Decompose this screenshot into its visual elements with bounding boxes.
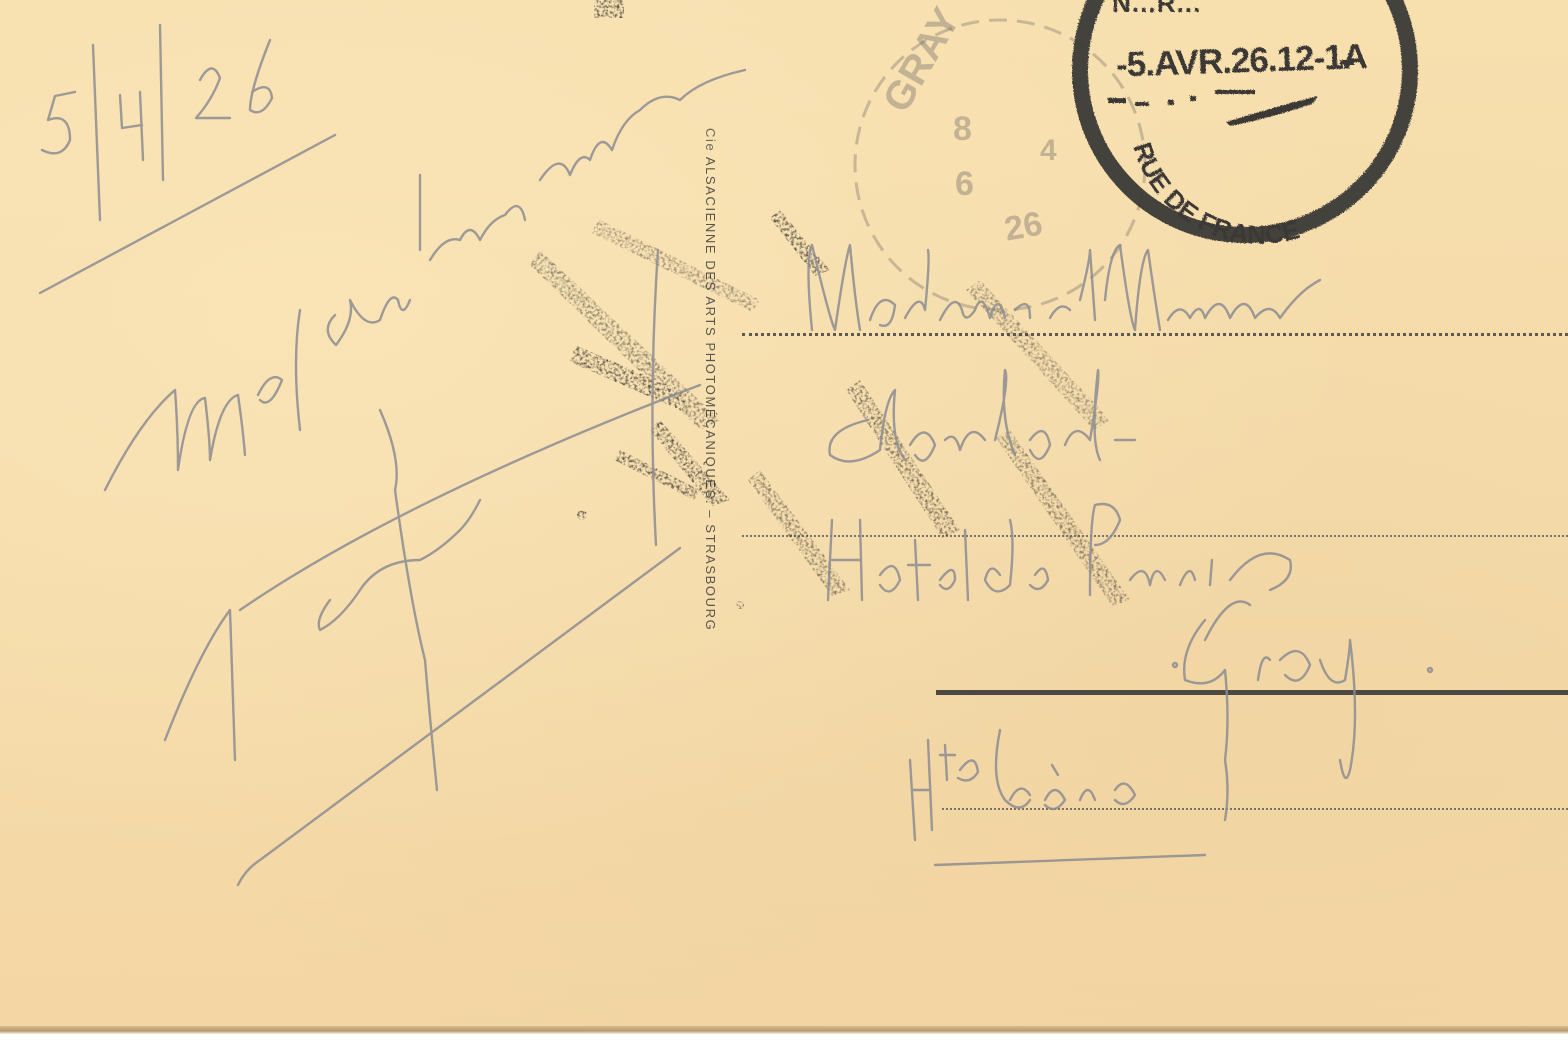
address-name: Cherflod- bbox=[830, 410, 906, 429]
postmark-top-text: N…R… bbox=[1112, 0, 1202, 18]
postmark-date: -5.AVR.26.12-1A bbox=[1115, 37, 1368, 85]
address-region: Hte Saône bbox=[910, 770, 995, 789]
postcard-markings: GRAY 8 4 6 26 -5.AVR.26.12-1A RUE DE FRA… bbox=[0, 0, 1568, 1040]
address-city: Gray bbox=[1180, 620, 1219, 639]
handwritten-signature: Fernand bbox=[200, 620, 268, 639]
postmark-bottom-text: RUE DE FRANCE bbox=[1127, 138, 1303, 249]
arrival-postmark-line: 6 bbox=[955, 165, 974, 203]
primary-postmark: -5.AVR.26.12-1A RUE DE FRANCE N…R… bbox=[1080, 0, 1410, 250]
handwritten-message: meilleur souvenir bbox=[120, 300, 262, 319]
arrival-postmark-line: 8 bbox=[953, 110, 972, 148]
pencil-handwriting bbox=[40, 25, 1432, 885]
arrival-postmark-line: 26 bbox=[1002, 205, 1046, 249]
address-street: Hôtel de Paris bbox=[830, 540, 945, 559]
arrival-postmark-line: 4 bbox=[1040, 134, 1057, 167]
handwritten-date: 5/4/26 bbox=[40, 60, 92, 79]
arrival-postmark-town: GRAY bbox=[875, 0, 969, 119]
svg-text:RUE DE FRANCE: RUE DE FRANCE bbox=[1127, 138, 1303, 249]
cancellation-blots bbox=[530, 0, 1130, 609]
address-recipient: Madame et Monsieur bbox=[810, 280, 983, 299]
